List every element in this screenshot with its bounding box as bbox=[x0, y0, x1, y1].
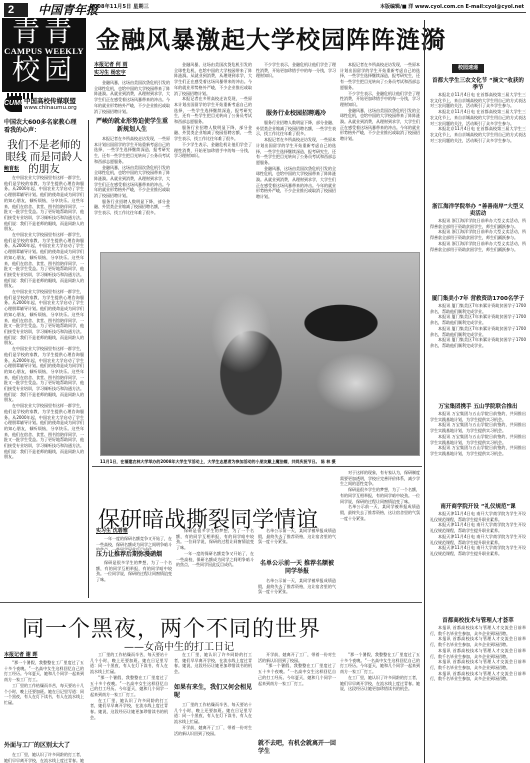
story1-text: 服务行业招聘人数明显下降，部分金融、外贸类企业缩减了校园招聘名额，一些学生表示，… bbox=[256, 120, 336, 137]
cumu-logo-icon: CUMU bbox=[4, 96, 22, 112]
story1-text: 不少学生表示，金融危机让他们学会了理性消费，开始更加珍惜手中的每一分钱，学习理财… bbox=[256, 62, 336, 79]
sidebar-text: 本报讯 万宝集团与五山学院日前签约，共同推出学生实践基地计划，为学生提供实习机会… bbox=[430, 445, 526, 456]
sidebar-item-head: 浙江海洋学院举办 “善善南岸”大型义卖活动 bbox=[430, 204, 526, 218]
sidebar-text: 本报北京11月4日电 在首都高校第三届大学生三农文化节上，来自京城高校的大学生用… bbox=[430, 109, 526, 126]
sidebar-text: 本报天津11月4日电 南开大学商学院为学生开设礼仪规范课程，帮助学生提升职业素养… bbox=[430, 522, 526, 533]
sidebar-item-head: 南开商学院开设 “礼仪规范”课 bbox=[430, 504, 526, 511]
story3-text: 在工厂里，她认识了许多同龄的打工者，她们早早离开学校，在流水线上度过青春。她说，… bbox=[4, 752, 84, 763]
section-rule bbox=[0, 602, 422, 603]
story1-col3-top: 不少学生表示，金融危机让他们学会了理性消费，开始更加珍惜手中的每一分钱，学习理财… bbox=[256, 62, 336, 108]
story3-text: “那一个暑假，我整整在工厂里度过了五十多个夜晚。”一名高中女生这样回忆自己的打工… bbox=[340, 652, 420, 675]
story2-text: 一年一度的保研名额竞争又开始了，在一些高校，保研名额成为同学之间明争暗斗的焦点，… bbox=[176, 551, 254, 568]
story3-col1-end: 在工厂里，她认识了许多同龄的打工者，她们早早离开学校，在流水线上度过青春。她说，… bbox=[4, 752, 84, 763]
association-logo: CUMU 中国高校传媒联盟 www.chinaumu.org bbox=[4, 96, 88, 116]
sidebar-item-body: 本报天津11月4日电 南开大学商学院为学生开设礼仪规范课程，帮助学生提升职业素养… bbox=[430, 511, 526, 615]
editor-contact: 本版编辑/■ 洋 www.cyol.com.cn E-mail:cyol@cyo… bbox=[380, 3, 524, 10]
story3-col3: 工厂里的工作枯燥而辛苦，每天要站十几个小时，晚上还要加班。她在日记里写道：同一个… bbox=[174, 702, 252, 763]
story2-col3-top: 名单公示前一天，某同学被举报成绩造假，最终失去了推荐资格，这让宿舍里的气氛一度十… bbox=[258, 528, 336, 558]
story3-text: “那一个暑假，我整整在工厂里度过了五十多个夜晚。”一名高中女生这样回忆自己的打工… bbox=[90, 675, 168, 698]
story2-byline: 实习生 沈碧雅 bbox=[96, 528, 128, 535]
story3-col1: “那一个暑假，我整整在工厂里度过了五十多个夜晚。”一名高中女生这样回忆自己的打工… bbox=[4, 660, 84, 742]
sidebar-item-body: 本报讯 厦门集美区7年来累计资助贫困学子1700余名，帮助他们顺利完成学业。本报… bbox=[430, 303, 526, 391]
sidebar-item-head: 首都大学生三农文化节 “摘文”收获的季节 bbox=[430, 78, 526, 92]
left-story-text: 在中国农业大学校园里有这样一群学生，他们是学校的家教，为学生提供心理咨询服务。从… bbox=[4, 289, 84, 346]
section-rule bbox=[92, 466, 422, 467]
sidebar-item: 首都大学生三农文化节 “摘文”收获的季节 本报北京11月4日电 在首都高校第三届… bbox=[430, 78, 526, 196]
story1-col1-top: 金融风暴，这场由美国次贷危机引发的全球性危机，也给中国的大学校园带来了阵阵涟漪。… bbox=[94, 80, 170, 118]
left-story-text: 在中国农业大学校园里有这样一群学生，他们是学校的家教，为学生提供心理咨询服务。从… bbox=[4, 175, 84, 232]
story2-col2: 保研是很多学生的梦想，为了一个名额，有的同学互相举报，有的同学暗中较劲。一位同学… bbox=[176, 528, 254, 600]
story3-text: 工厂里的工作枯燥而辛苦，每天要站十几个小时，晚上还要加班。她在日记里写道：同一个… bbox=[4, 683, 84, 706]
story1-text: 金融风暴，这场由美国次贷危机引发的全球性危机，也给中国的大学校园带来了阵阵涟漪。… bbox=[340, 108, 420, 142]
sidebar-text: 本报天津11月4日电 南开大学商学院为学生开设礼仪规范课程，帮助学生提升职业素养… bbox=[430, 534, 526, 545]
story1-col1: 本报记者在多所高校走访发现，一些原本计划出国留学的学生开始重新考虑自己的选择，一… bbox=[94, 136, 170, 252]
left-story-intro: 中国农大600多名家教心理看我的心声： bbox=[4, 119, 82, 135]
story1-text: 服务行业招聘人数明显下降，部分金融、外贸类企业缩减了校园招聘名额，一些学生表示，… bbox=[174, 125, 252, 142]
story1-text: 金融风暴，这场由美国次贷危机引发的全球性危机，也给中国的大学校园带来了阵阵涟漪。… bbox=[94, 165, 170, 199]
story2-col1-top: 一年一度的保研名额竞争又开始了，在一些高校，保研名额成为同学之间明争暗斗的焦点，… bbox=[96, 536, 172, 550]
sidebar-text: 本报讯 厦门集美区7年来累计资助贫困学子1700余名，帮助他们顺利完成学业。 bbox=[430, 337, 526, 348]
sidebar-text: 本报讯 首都高校技术与管理人才交流会日前举行，数千名毕业生参加，众多企业到场招聘… bbox=[430, 636, 526, 647]
left-story-text: 在中国农业大学校园里有这样一群学生，他们是学校的家教，为学生提供心理咨询服务。从… bbox=[4, 403, 84, 460]
sidebar-text: 本报讯 厦门集美区7年来累计资助贫困学子1700余名，帮助他们顺利完成学业。 bbox=[430, 303, 526, 314]
story3-subheadline: ——女高中生的打工日记 bbox=[124, 638, 234, 653]
story3-text: “那一个暑假，我整整在工厂里度过了五十多个夜晚。”一名高中女生这样回忆自己的打工… bbox=[258, 663, 336, 686]
sidebar-text: 本报讯 首都高校技术与管理人才交流会日前举行，数千名毕业生参加，众多企业到场招聘… bbox=[430, 659, 526, 670]
story2-text: 名单公示前一天，某同学被举报成绩造假，最终失去了推荐资格，这让宿舍里的气氛一度十… bbox=[258, 578, 336, 595]
sidebar-text: 本报讯 浙江海洋学院日前举办大型义卖活动，所得善款全部用于资助贫困学生，师生们踊… bbox=[430, 229, 526, 240]
story2-subhead-2: 名单公示前一天 推荐名额被同学举报 bbox=[258, 560, 336, 576]
story1-text: 不少学生表示，金融危机让他们学会了理性消费，开始更加珍惜手中的每一分钱，学习理财… bbox=[340, 91, 420, 108]
story1-byline-2: 实习生 杨宏宇 bbox=[94, 70, 126, 77]
story2-text: 保研是很多学生的梦想，为了一个名额，有的同学互相举报，有的同学暗中较劲。一位同学… bbox=[176, 528, 254, 551]
story3-col4: 开学前，她离开了工厂，带着一份对生活的新认识回到了校园。“那一个暑假，我整整在工… bbox=[258, 652, 336, 736]
story1-col2: 金融风暴，这场由美国次贷危机引发的全球性危机，也给中国的大学校园带来了阵阵涟漪。… bbox=[174, 62, 252, 252]
left-story-byline: 鲍育耘 bbox=[4, 166, 19, 173]
story1-text: 服务行业招聘人数明显下降，部分金融、外贸类企业缩减了校园招聘名额，一些学生表示，… bbox=[94, 199, 170, 216]
sidebar-text: 本报讯 万宝集团与五山学院日前签约，共同推出学生实践基地计划，为学生提供实习机会… bbox=[430, 422, 526, 433]
section-brand: 青青 CAMPUS WEEKLY 校园 CHINA YOUTH DAILY bbox=[2, 18, 86, 92]
story3-text: 工厂里的工作枯燥而辛苦，每天要站十几个小时，晚上还要加班。她在日记里写道：同一个… bbox=[90, 652, 168, 675]
story1-text: 金融风暴，这场由美国次贷危机引发的全球性危机，也给中国的大学校园带来了阵阵涟漪。… bbox=[94, 80, 170, 114]
story1-text: 本报记者在多所高校走访发现，一些原本计划出国留学的学生开始重新考虑自己的选择，一… bbox=[94, 136, 170, 165]
story3-text: 开学前，她离开了工厂，带着一份对生活的新认识回到了校园。 bbox=[258, 652, 336, 663]
story1-text: 金融风暴，这场由美国次贷危机引发的全球性危机，也给中国的大学校园带来了阵阵涟漪。… bbox=[174, 62, 252, 96]
story2-text: 名单公示前一天，某同学被举报成绩造假，最终失去了推荐资格，这让宿舍里的气氛一度十… bbox=[258, 528, 336, 545]
column-divider bbox=[424, 20, 425, 763]
story3-col2: 工厂里的工作枯燥而辛苦，每天要站十几个小时，晚上还要加班。她在日记里写道：同一个… bbox=[90, 652, 168, 763]
sidebar-text: 本报讯 厦门集美区7年来累计资助贫困学子1700余名，帮助他们顺利完成学业。 bbox=[430, 326, 526, 337]
sidebar-label: 校园速递 bbox=[452, 64, 484, 73]
story3-byline: 本报记者 谢 晖 bbox=[4, 652, 37, 659]
story2-col1: 保研是很多学生的梦想，为了一个名额，有的同学互相举报，有的同学暗中较劲。一位同学… bbox=[96, 560, 172, 600]
sidebar-item: 南开商学院开设 “礼仪规范”课 本报天津11月4日电 南开大学商学院为学生开设礼… bbox=[430, 504, 526, 615]
sidebar-text: 本报天津11月4日电 南开大学商学院为学生开设礼仪规范课程，帮助学生提升职业素养… bbox=[430, 545, 526, 556]
story3-subhead-3: 就不去吧，有机会就离开一回学生 bbox=[258, 740, 336, 756]
left-story-text: 在中国农业大学校园里有这样一群学生，他们是学校的家教，为学生提供心理咨询服务。从… bbox=[4, 232, 84, 289]
photo-caption: 11月1日，在福建农林大学举办的2008年大学生节活动上，大学生志愿者为参加活动… bbox=[100, 459, 420, 465]
sidebar-item: 浙江海洋学院举办 “善善南岸”大型义卖活动 本报讯 浙江海洋学院日前举办大型义卖… bbox=[430, 204, 526, 288]
sidebar-text: 本报讯 厦门集美区7年来累计资助贫困学子1700余名，帮助他们顺利完成学业。 bbox=[430, 314, 526, 325]
sidebar-text: 本报讯 万宝集团与五山学院日前签约，共同推出学生实践基地计划，为学生提供实习机会… bbox=[430, 434, 526, 445]
sidebar-text: 本报讯 浙江海洋学院日前举办大型义卖活动，所得善款全部用于资助贫困学生，师生们踊… bbox=[430, 218, 526, 229]
brand-bottom-chars: 校园 bbox=[2, 56, 86, 84]
association-url[interactable]: www.chinaumu.org bbox=[24, 105, 77, 111]
story2-text: 保研是很多学生的梦想，为了一个名额，有的同学互相举报，有的同学暗中较劲。一位同学… bbox=[96, 560, 172, 583]
story3-subhead-1: 外面与工厂的区别太大了 bbox=[4, 742, 84, 750]
story2-text: 名单公示前一天，某同学被举报成绩造假，最终失去了推荐资格，这让宿舍里的气氛一度十… bbox=[340, 504, 420, 521]
sidebar-text: 本报北京11月4日电 在首都高校第三届大学生三农文化节上，来自京城高校的大学生用… bbox=[430, 92, 526, 109]
story2-text: 保研是很多学生的梦想，为了一个名额，有的同学互相举报，有的同学暗中较劲。一位同学… bbox=[340, 487, 420, 504]
sidebar-item-head: 万宝集团携手 五山学院联合推出 bbox=[430, 404, 526, 411]
story1-col4: 本报记者在多所高校走访发现，一些原本计划出国留学的学生开始重新考虑自己的选择，一… bbox=[340, 62, 420, 252]
sidebar-text: 本报北京11月4日电 在首都高校第三届大学生三农文化节上，来自京城高校的大学生用… bbox=[430, 126, 526, 143]
column-divider bbox=[88, 120, 89, 598]
sidebar-item-body: 本报讯 浙江海洋学院日前举办大型义卖活动，所得善款全部用于资助贫困学生，师生们踊… bbox=[430, 218, 526, 288]
sidebar-item: 首都高校技术与管理人才荟萃 本报讯 首都高校技术与管理人才交流会日前举行，数千名… bbox=[430, 618, 526, 757]
story2-text: 对于这样的现象，有专家认为，保研制度需要更加透明，学校应完善评价体系，减少学生之… bbox=[340, 470, 420, 487]
sidebar-text: 本报讯 首都高校技术与管理人才交流会日前举行，数千名毕业生参加，众多企业到场招聘… bbox=[430, 625, 526, 636]
story3-text: 工厂里的工作枯燥而辛苦，每天要站十几个小时，晚上还要加班。她在日记里写道：同一个… bbox=[174, 702, 252, 725]
story2-col3: 名单公示前一天，某同学被举报成绩造假，最终失去了推荐资格，这让宿舍里的气氛一度十… bbox=[258, 578, 336, 600]
dateline: 2008年11月5日 星期三 bbox=[90, 3, 149, 10]
sidebar-item-body: 本报讯 万宝集团与五山学院日前签约，共同推出学生实践基地计划，为学生提供实习机会… bbox=[430, 411, 526, 507]
story2-text: 一年一度的保研名额竞争又开始了，在一些高校，保研名额成为同学之间明争暗斗的焦点，… bbox=[96, 536, 172, 550]
story3-text: 在工厂里，她认识了许多同龄的打工者，她们早早离开学校，在流水线上度过青春。她说，… bbox=[174, 652, 252, 675]
brand-top-chars: 青青 bbox=[2, 18, 86, 46]
sidebar-item-body: 本报讯 首都高校技术与管理人才交流会日前举行，数千名毕业生参加，众多企业到场招聘… bbox=[430, 625, 526, 757]
story3-text: 在工厂里，她认识了许多同龄的打工者，她们早早离开学校，在流水线上度过青春。她说，… bbox=[340, 675, 420, 692]
story1-subhead-2: 服务行业校园招聘遇冷 bbox=[256, 110, 336, 118]
sidebar-text: 本报讯 首都高校技术与管理人才交流会日前举行，数千名毕业生参加，众多企业到场招聘… bbox=[430, 671, 526, 682]
sidebar-text: 本报讯 浙江海洋学院日前举办大型义卖活动，所得善款全部用于资助贫困学生，师生们踊… bbox=[430, 241, 526, 252]
story3-col3-top: 在工厂里，她认识了许多同龄的打工者，她们早早离开学校，在流水线上度过青春。她说，… bbox=[174, 652, 252, 682]
story3-col5: “那一个暑假，我整整在工厂里度过了五十多个夜晚。”一名高中女生这样回忆自己的打工… bbox=[340, 652, 420, 763]
top-rule bbox=[90, 12, 526, 13]
story1-text: 金融风暴，这场由美国次贷危机引发的全球性危机，也给中国的大学校园带来了阵阵涟漪。… bbox=[256, 166, 336, 200]
sidebar-item-body: 本报北京11月4日电 在首都高校第三届大学生三农文化节上，来自京城高校的大学生用… bbox=[430, 92, 526, 196]
sidebar-item: 厦门集美小7年 营救资助1700名学子 本报讯 厦门集美区7年来累计资助贫困学子… bbox=[430, 296, 526, 391]
left-story-body: 在中国农业大学校园里有这样一群学生，他们是学校的家教，为学生提供心理咨询服务。从… bbox=[4, 175, 84, 595]
sidebar-item-head: 厦门集美小7年 营救资助1700名学子 bbox=[430, 296, 526, 303]
sidebar-text: 本报讯 万宝集团与五山学院日前签约，共同推出学生实践基地计划，为学生提供实习机会… bbox=[430, 411, 526, 422]
story1-headline: 金融风暴激起大学校园阵阵涟漪 bbox=[96, 20, 446, 55]
sidebar-item-head: 首都高校技术与管理人才荟萃 bbox=[430, 618, 526, 625]
left-story-text: 在中国农业大学校园里有这样一群学生，他们是学校的家教，为学生提供心理咨询服务。从… bbox=[4, 346, 84, 403]
association-name: 中国高校传媒联盟 bbox=[24, 96, 76, 105]
sidebar-text: 本报讯 首都高校技术与管理人才交流会日前举行，数千名毕业生参加，众多企业到场招聘… bbox=[430, 648, 526, 659]
story1-col3: 服务行业招聘人数明显下降，部分金融、外贸类企业缩减了校园招聘名额，一些学生表示，… bbox=[256, 120, 336, 252]
story1-text: 本报记者在多所高校走访发现，一些原本计划出国留学的学生开始重新考虑自己的选择，一… bbox=[256, 137, 336, 166]
story1-text: 本报记者在多所高校走访发现，一些原本计划出国留学的学生开始重新考虑自己的选择，一… bbox=[340, 62, 420, 91]
story1-subhead-1: 严峻的就业形势迫使学生重新规划人生 bbox=[94, 118, 170, 134]
sidebar-text: 本报天津11月4日电 南开大学商学院为学生开设礼仪规范课程，帮助学生提升职业素养… bbox=[430, 511, 526, 522]
story3-text: 在工厂里，她认识了许多同龄的打工者，她们早早离开学校，在流水线上度过青春。她说，… bbox=[90, 698, 168, 721]
story1-text: 不少学生表示，金融危机让他们学会了理性消费，开始更加珍惜手中的每一分钱，学习理财… bbox=[174, 142, 252, 159]
story1-text: 本报记者在多所高校走访发现，一些原本计划出国留学的学生开始重新考虑自己的选择，一… bbox=[174, 96, 252, 125]
sidebar-item: 万宝集团携手 五山学院联合推出 本报讯 万宝集团与五山学院日前签约，共同推出学生… bbox=[430, 404, 526, 507]
story3-text: 开学前，她离开了工厂，带着一份对生活的新认识回到了校园。 bbox=[174, 725, 252, 736]
news-photo bbox=[100, 252, 420, 456]
story3-subhead-2: 如果有来生，我们又何会相见呢 bbox=[174, 684, 252, 700]
story2-subhead-1: 压力让推荐后期弥漫硝烟 bbox=[96, 551, 172, 559]
story1-byline-1: 本报记者 何 雨 bbox=[94, 62, 127, 69]
story2-col4: 对于这样的现象，有专家认为，保研制度需要更加透明，学校应完善评价体系，减少学生之… bbox=[340, 470, 420, 600]
story3-text: “那一个暑假，我整整在工厂里度过了五十多个夜晚。”一名高中女生这样回忆自己的打工… bbox=[4, 660, 84, 683]
